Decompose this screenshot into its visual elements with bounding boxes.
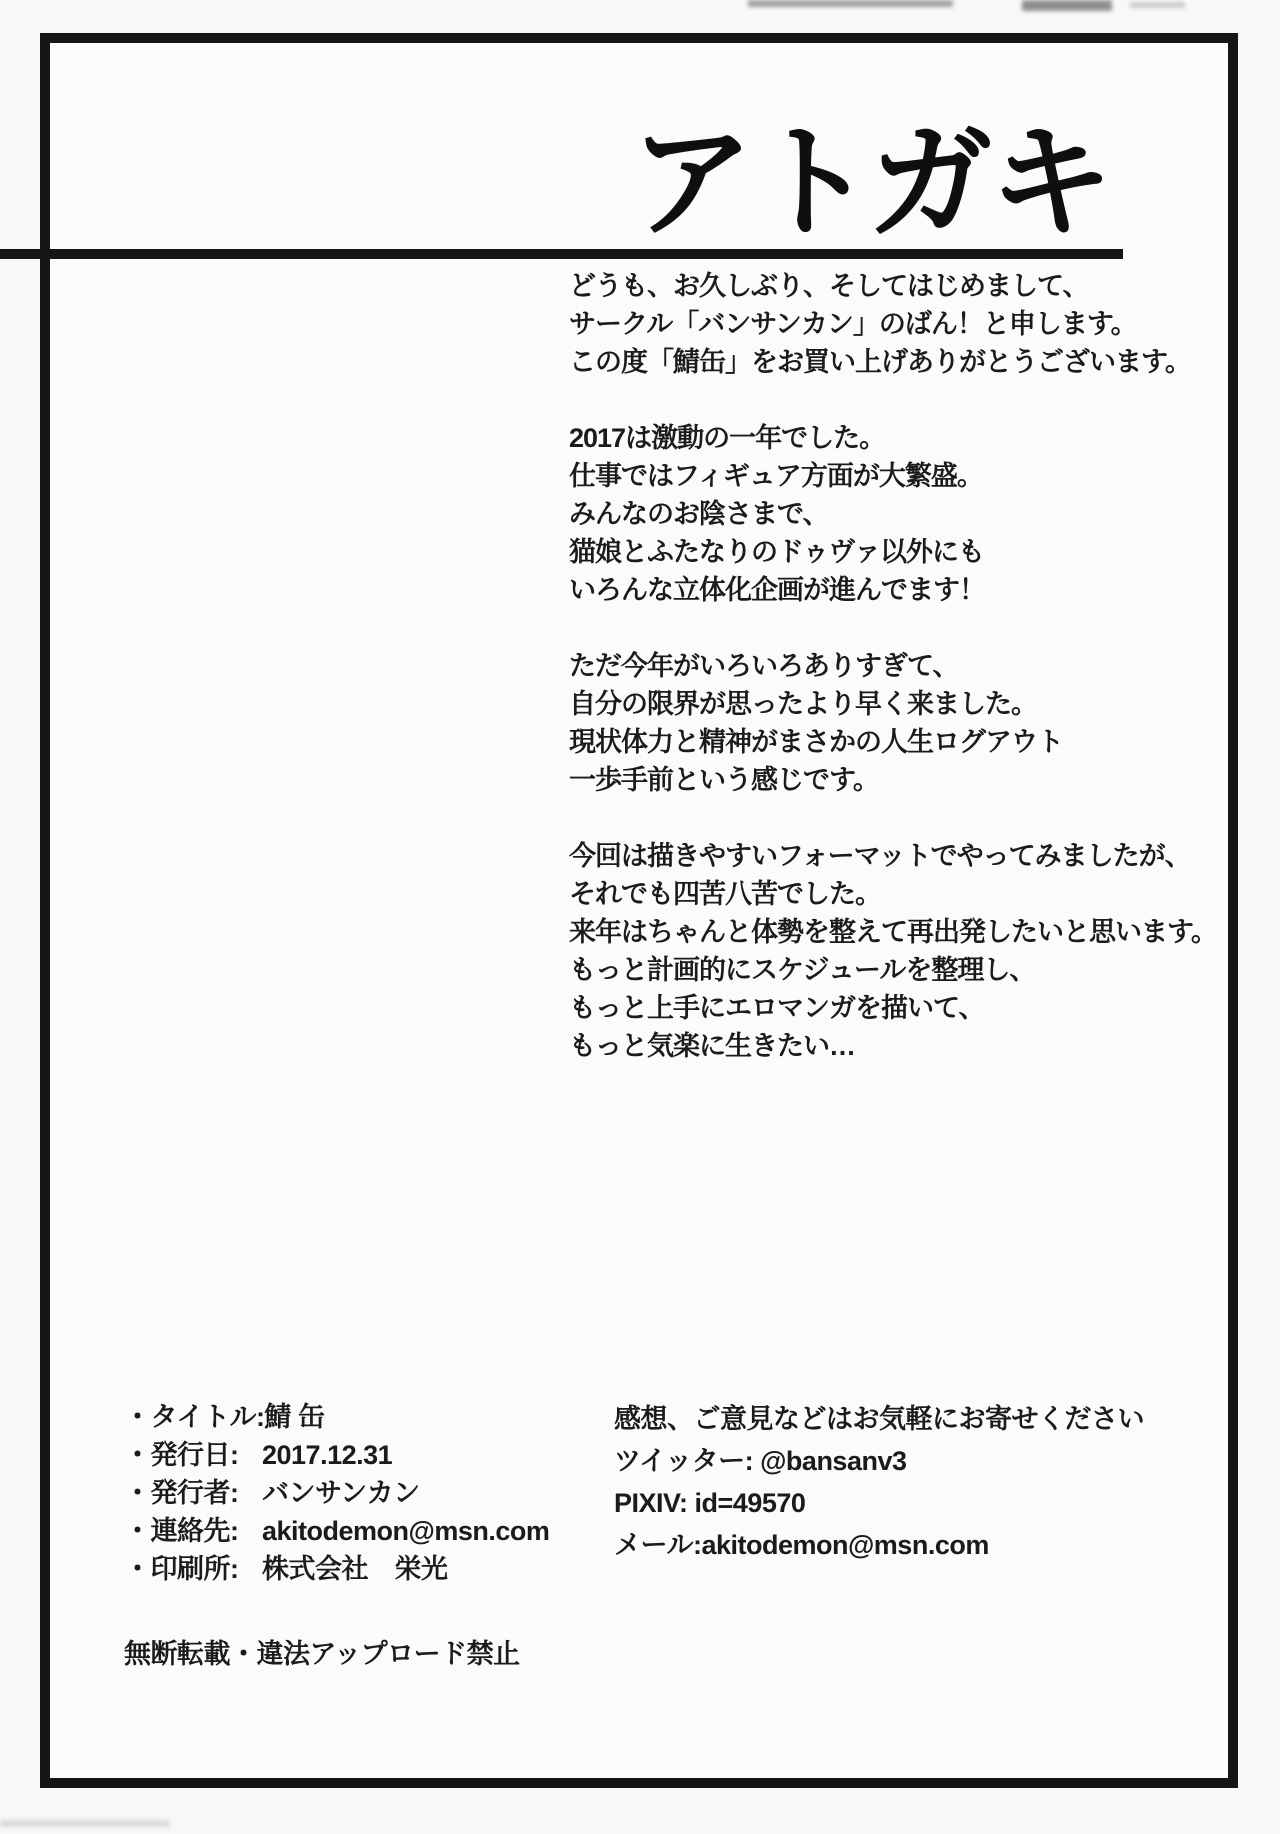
colophon-right-column: 感想、ご意見などはお気軽にお寄せくださいツイッター: @bansanv3PIXI… xyxy=(614,1398,1144,1566)
colophon-label: ・発行者: xyxy=(124,1474,262,1512)
title-underline-rule xyxy=(0,249,1123,259)
colophon-row: ・タイトル:鯖 缶 xyxy=(124,1398,549,1436)
colophon-left-column: ・タイトル:鯖 缶・発行日:2017.12.31・発行者:バンサンカン・連絡先:… xyxy=(124,1398,549,1588)
paragraph: どうも、お久しぶり、そしてはじめまして、サークル「バンサンカン」のばん！と申しま… xyxy=(569,267,1217,381)
afterword-body: どうも、お久しぶり、そしてはじめまして、サークル「バンサンカン」のばん！と申しま… xyxy=(569,267,1217,1065)
colophon-label: ・タイトル: xyxy=(124,1398,264,1436)
body-line: もっと上手にエロマンガを描いて、 xyxy=(569,989,1217,1027)
body-line: 2017は激動の一年でした。 xyxy=(569,419,1217,457)
colophon-label: ・発行日: xyxy=(124,1436,262,1474)
scan-artifact xyxy=(0,1820,170,1827)
body-line: もっと計画的にスケジュールを整理し、 xyxy=(569,951,1217,989)
body-line: いろんな立体化企画が進んでます！ xyxy=(569,571,1217,609)
colophon-contact-line: 感想、ご意見などはお気軽にお寄せください xyxy=(614,1398,1144,1440)
body-line: 現状体力と精神がまさかの人生ログアウト xyxy=(569,723,1217,761)
colophon-label: ・連絡先: xyxy=(124,1512,262,1550)
body-line: それでも四苦八苦でした。 xyxy=(569,875,1217,913)
colophon-row: ・発行者:バンサンカン xyxy=(124,1474,549,1512)
body-line: 来年はちゃんと体勢を整えて再出発したいと思います。 xyxy=(569,913,1217,951)
body-line: みんなのお陰さまで、 xyxy=(569,495,1217,533)
scan-artifact xyxy=(1130,2,1185,8)
colophon-contact-line: PIXIV: id=49570 xyxy=(614,1482,1144,1524)
colophon-value: 株式会社 栄光 xyxy=(262,1554,448,1584)
body-line: ただ今年がいろいろありすぎて、 xyxy=(569,647,1217,685)
body-line: もっと気楽に生きたい… xyxy=(569,1027,1217,1065)
colophon-row: ・発行日:2017.12.31 xyxy=(124,1436,549,1474)
colophon-row: ・印刷所:株式会社 栄光 xyxy=(124,1550,549,1588)
body-line: 自分の限界が思ったより早く来ました。 xyxy=(569,685,1217,723)
body-line: どうも、お久しぶり、そしてはじめまして、 xyxy=(569,267,1217,305)
colophon-value: akitodemon@msn.com xyxy=(262,1516,549,1546)
colophon-value: バンサンカン xyxy=(262,1478,420,1508)
body-line: サークル「バンサンカン」のばん！と申します。 xyxy=(569,305,1217,343)
body-line: 一歩手前という感じです。 xyxy=(569,761,1217,799)
paragraph: ただ今年がいろいろありすぎて、自分の限界が思ったより早く来ました。現状体力と精神… xyxy=(569,647,1217,799)
paragraph: 2017は激動の一年でした。仕事ではフィギュア方面が大繁盛。みんなのお陰さまで、… xyxy=(569,419,1217,609)
colophon-value: 2017.12.31 xyxy=(262,1440,392,1470)
scan-artifact xyxy=(748,0,953,7)
colophon-contact-line: ツイッター: @bansanv3 xyxy=(614,1440,1144,1482)
colophon-contact-line: メール:akitodemon@msn.com xyxy=(614,1524,1144,1566)
paragraph: 今回は描きやすいフォーマットでやってみましたが、それでも四苦八苦でした。来年はち… xyxy=(569,837,1217,1065)
body-line: 今回は描きやすいフォーマットでやってみましたが、 xyxy=(569,837,1217,875)
body-line: 仕事ではフィギュア方面が大繁盛。 xyxy=(569,457,1217,495)
colophon-label: ・印刷所: xyxy=(124,1550,262,1588)
body-line: 猫娘とふたなりのドゥヴァ以外にも xyxy=(569,533,1217,571)
colophon-row: ・連絡先:akitodemon@msn.com xyxy=(124,1512,549,1550)
scan-artifact xyxy=(1022,0,1112,11)
copyright-notice: 無断転載・違法アップロード禁止 xyxy=(124,1632,520,1671)
page-title: アトガキ xyxy=(630,118,1110,248)
body-line: この度「鯖缶」をお買い上げありがとうございます。 xyxy=(569,343,1217,381)
colophon-value: 鯖 缶 xyxy=(264,1402,324,1432)
